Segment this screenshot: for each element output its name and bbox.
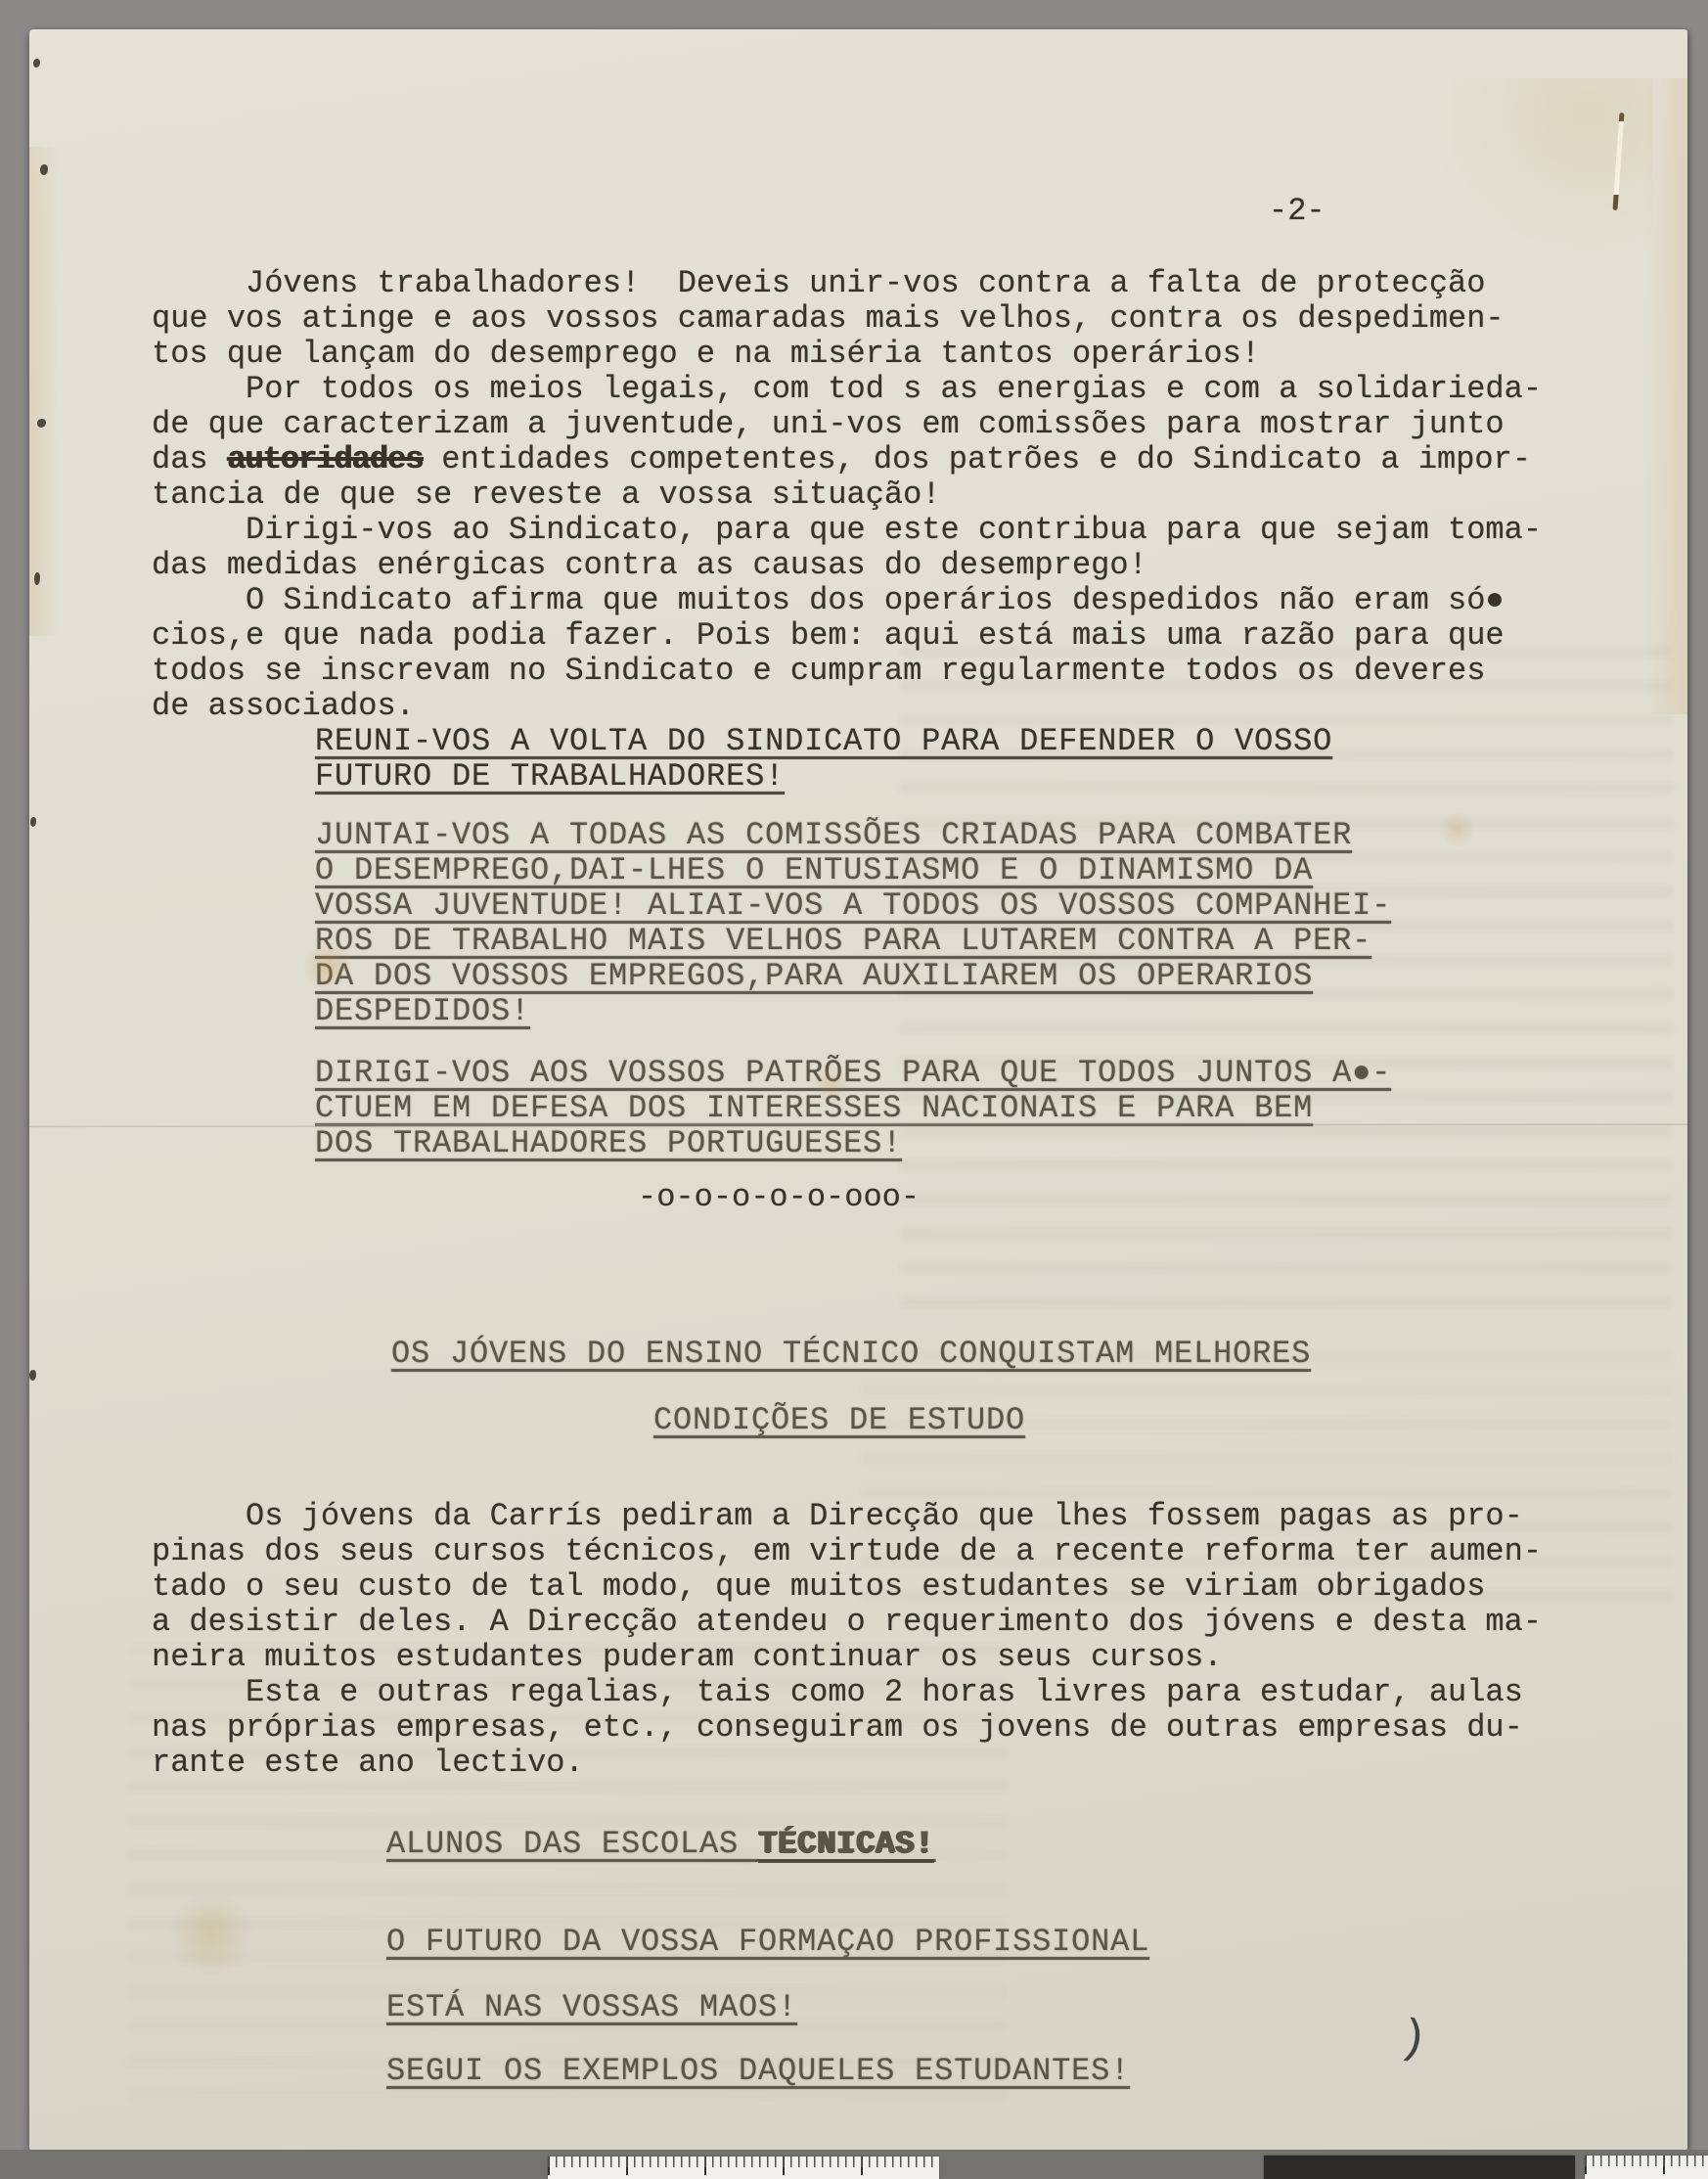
page-number: -2- — [1269, 194, 1326, 229]
paragraph-dirigi-vos: Dirigi-vos ao Sindicato, para que este c… — [152, 513, 1542, 583]
scale-ruler-right — [1585, 2156, 1708, 2179]
paragraph-jovens-trabalhadores: Jóvens trabalhadores! Deveis unir-vos co… — [152, 266, 1505, 372]
slogan-block-sindicato: REUNI-VOS A VOLTA DO SINDICATO PARA DEFE… — [315, 724, 1332, 794]
stain — [1438, 78, 1653, 254]
section-title-line2: CONDIÇÕES DE ESTUDO — [653, 1403, 1025, 1438]
scratch-mark — [1613, 113, 1625, 210]
ink-speck — [33, 59, 40, 68]
edge-discoloration — [29, 147, 59, 636]
ink-speck — [29, 1370, 36, 1381]
footer-slogan-futuro: O FUTURO DA VOSSA FORMAÇAO PROFISSIONAL — [386, 1925, 1149, 1960]
footer-slogan-segui: SEGUI OS EXEMPLOS DAQUELES ESTUDANTES! — [386, 2054, 1130, 2089]
slogan-block-comissoes: JUNTAI-VOS A TODAS AS COMISSÕES CRIADAS … — [315, 818, 1391, 1029]
ink-speck — [30, 817, 36, 827]
section-title-line1: OS JÓVENS DO ENSINO TÉCNICO CONQUISTAM M… — [391, 1337, 1311, 1372]
scale-ruler-left — [548, 2156, 939, 2179]
scanner-background: -2- Jóvens trabalhadores! Deveis unir-vo… — [0, 0, 1708, 2179]
paragraph-regalias: Esta e outras regalias, tais como 2 hora… — [152, 1675, 1523, 1781]
scale-black-block — [1264, 2156, 1575, 2179]
slogan-text: ALUNOS DAS ESCOLAS — [386, 1826, 758, 1862]
paragraph-sindicato-afirma: O Sindicato afirma que muitos dos operár… — [152, 583, 1505, 724]
overstruck-word: TÉCNICAS! — [758, 1826, 934, 1862]
slogan-block-patroes: DIRIGI-VOS AOS VOSSOS PATRÕES PARA QUE T… — [315, 1056, 1391, 1161]
scanned-page: -2- Jóvens trabalhadores! Deveis unir-vo… — [29, 29, 1687, 2150]
struck-out-word: autoridades — [227, 441, 423, 477]
edge-discoloration — [1643, 78, 1687, 714]
footer-slogan-alunos: ALUNOS DAS ESCOLAS TÉCNICAS! — [386, 1827, 934, 1862]
pen-mark: ) — [1395, 2012, 1431, 2068]
paragraph-carris: Os jóvens da Carrís pediram a Direcção q… — [152, 1499, 1542, 1675]
section-divider: -o-o-o-o-o-ooo- — [638, 1180, 920, 1215]
footer-slogan-maos: ESTÁ NAS VOSSAS MAOS! — [386, 1990, 797, 2025]
paragraph-meios-legais: Por todos os meios legais, com tod s as … — [152, 372, 1542, 513]
